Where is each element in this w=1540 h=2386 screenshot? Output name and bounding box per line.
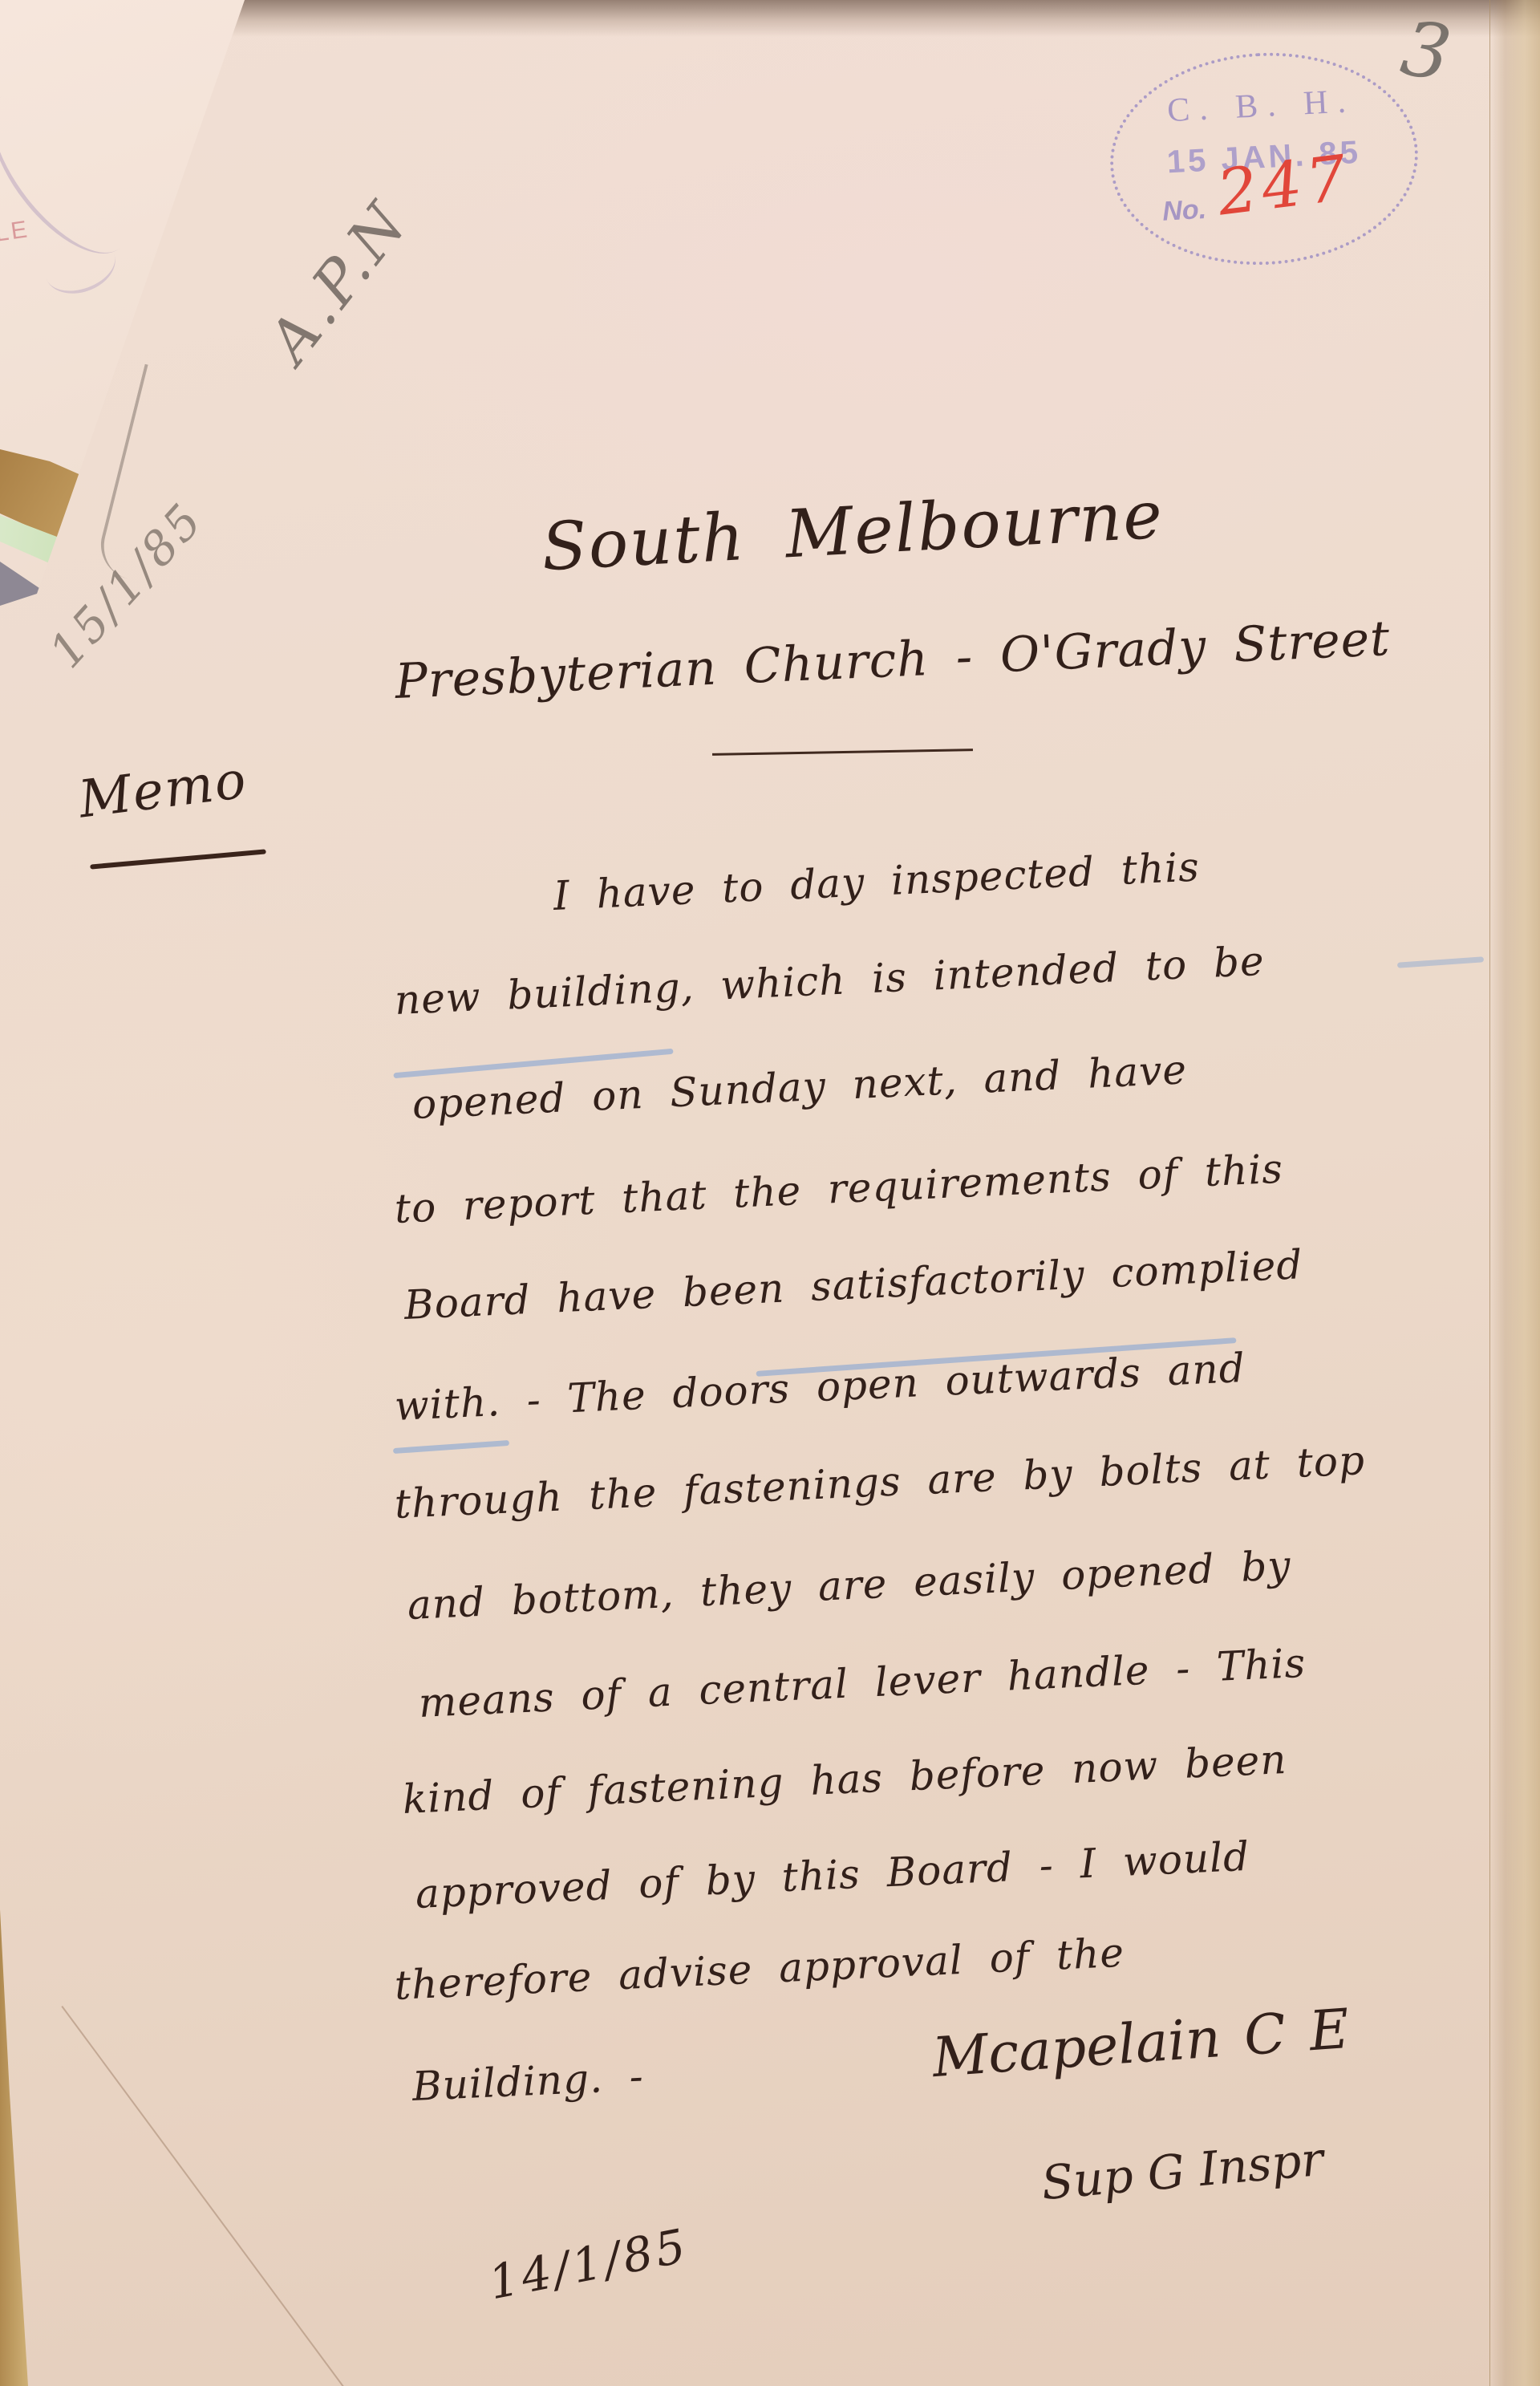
blue-underline	[1397, 956, 1484, 968]
fold-crease	[61, 2006, 346, 2386]
signature-title: Sup G Inspr	[1039, 2132, 1326, 2210]
signature-name: Mcapelain C E	[930, 1998, 1352, 2090]
blue-underline	[393, 1440, 509, 1454]
body-line: to report that the requirements of this	[394, 1146, 1284, 1232]
body-line: kind of fastening has before now been	[402, 1736, 1288, 1823]
section-label: Memo	[75, 750, 250, 830]
stamp-org-initials: C. B. H.	[1110, 79, 1413, 133]
pencil-initials: A.P.N	[255, 188, 423, 375]
body-line: I have to day inspected this	[553, 843, 1201, 919]
body-line: means of a central lever handle - This	[418, 1640, 1307, 1727]
registry-stamp: C. B. H. 15 JAN. 85 No. 247	[1104, 45, 1423, 273]
scanned-document: LE C. B. H. 15 JAN. 85 No. 247 3 A.P.N 1…	[0, 0, 1540, 2386]
signed-date: 14/1/85	[484, 2218, 693, 2311]
title-line-1: South Melbourne	[540, 477, 1165, 586]
ghost-text-fragment: LE	[0, 216, 31, 248]
stamp-registry-number: 247	[1214, 142, 1356, 230]
page-fore-edge	[1489, 0, 1540, 2386]
body-line: through the fastenings are by bolts at t…	[394, 1437, 1366, 1528]
body-line: opened on Sunday next, and have	[411, 1046, 1188, 1128]
body-line: Building. -	[411, 2053, 645, 2110]
body-line: with. - The doors open outwards and	[394, 1345, 1246, 1430]
title-line-2: Presbyterian Church - O'Grady Street	[394, 611, 1392, 710]
section-label-underline	[90, 849, 266, 869]
body-line: therefore advise approval of the	[394, 1929, 1125, 2009]
body-line: Board have been satisfactorily complied	[403, 1241, 1304, 1329]
title-rule	[712, 749, 973, 756]
stamp-number-label: No.	[1161, 194, 1207, 228]
body-line: approved of by this Board - I would	[415, 1833, 1251, 1917]
body-line: new building, which is intended to be	[394, 938, 1266, 1024]
body-line: and bottom, they are easily opened by	[407, 1542, 1292, 1629]
memo-page: C. B. H. 15 JAN. 85 No. 247 3 A.P.N 15/1…	[0, 0, 1540, 2386]
